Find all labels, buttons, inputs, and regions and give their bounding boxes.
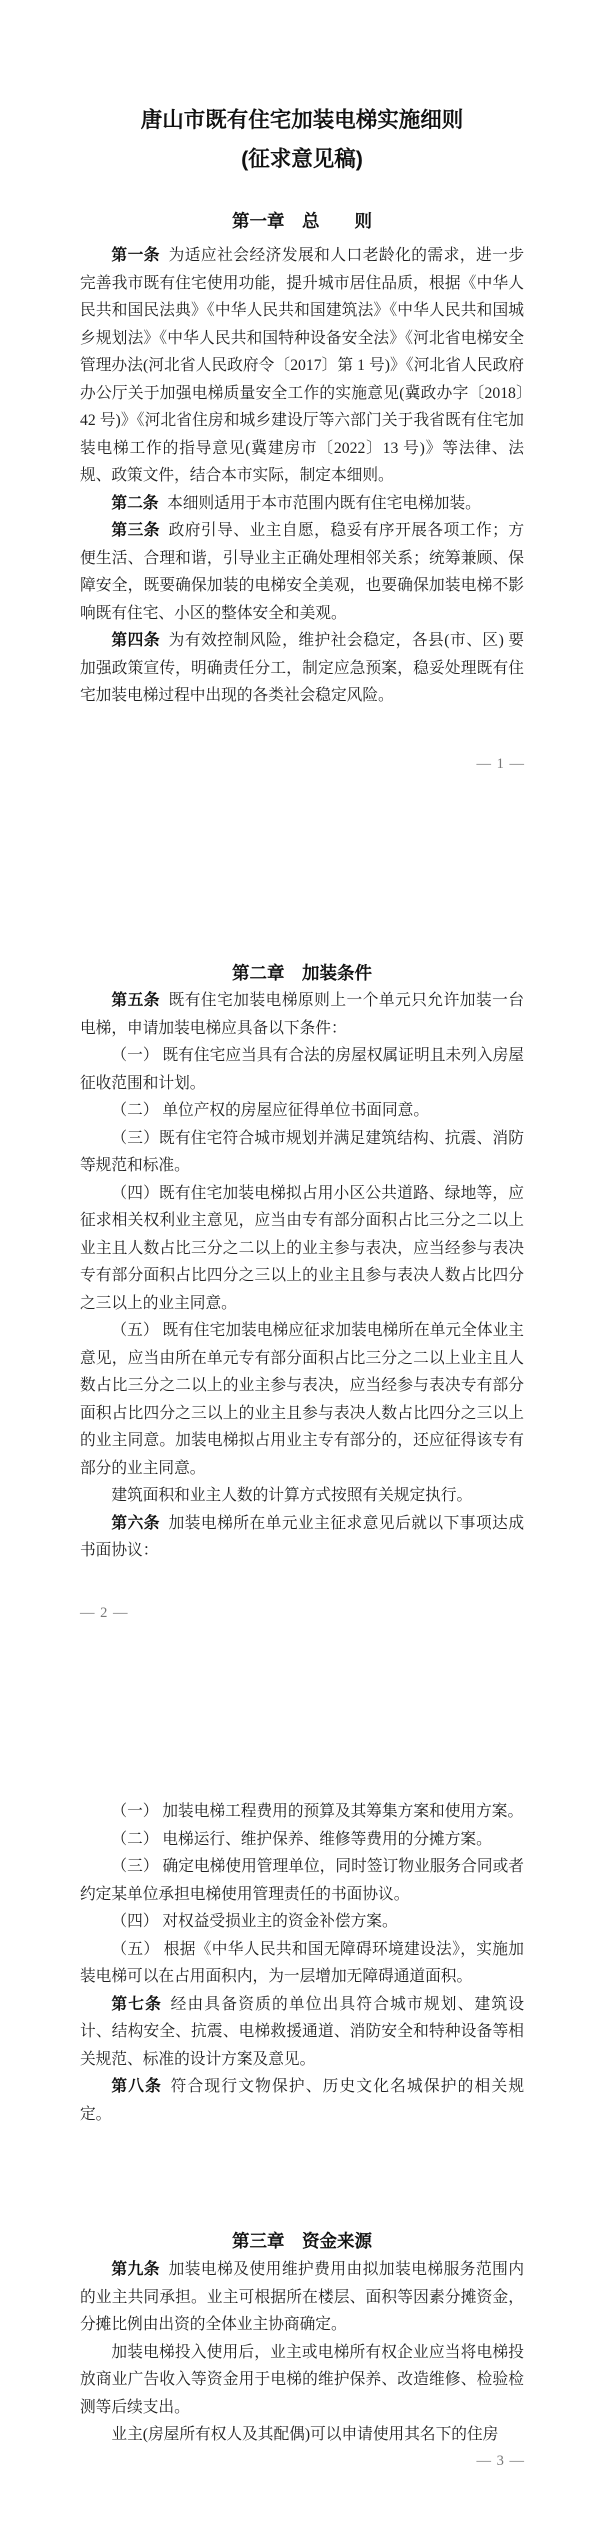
article-label: 第四条 <box>111 632 160 649</box>
paragraph-article-5: 第五条既有住宅加装电梯原则上一个单元只允许加装一台电梯，申请加装电梯应具备以下条… <box>80 987 524 1042</box>
paragraph-note: 建筑面积和业主人数的计算方式按照有关规定执行。 <box>80 1482 524 1510</box>
article-label: 第五条 <box>111 992 160 1009</box>
page-1: 唐山市既有住宅加装电梯实施细则 (征求意见稿) 第一章 总 则 第一条为适应社会… <box>0 0 600 849</box>
page-number-3: — 3 — <box>477 2453 526 2470</box>
chapter-heading-1: 第一章 总 则 <box>80 206 524 236</box>
page-2: 第二章 加装条件 第五条既有住宅加装电梯原则上一个单元只允许加装一台电梯，申请加… <box>0 849 600 1698</box>
article-label: 第六条 <box>111 1515 160 1532</box>
paragraph-article-7: 第七条经由具备资质的单位出具符合城市规划、建筑设计、结构安全、抗震、电梯救援通道… <box>80 1991 524 2074</box>
list-item-3: （三） 确定电梯使用管理单位，同时签订物业服务合同或者约定某单位承担电梯使用管理… <box>80 1853 524 1908</box>
list-item-5: （五） 既有住宅加装电梯应征求加装电梯所在单元全体业主 意见，应当由所在单元专有… <box>80 1317 524 1482</box>
paragraph-article-9: 第九条加装电梯及使用维护费用由拟加装电梯服务范围内的业主共同承担。业主可根据所在… <box>80 2256 524 2339</box>
article-label: 第九条 <box>111 2261 160 2278</box>
page-3: （一） 加装电梯工程费用的预算及其筹集方案和使用方案。 （二） 电梯运行、维护保… <box>0 1698 600 2546</box>
list-item-1: （一） 既有住宅应当具有合法的房屋权属证明且未列入房屋征收范围和计划。 <box>80 1042 524 1097</box>
document-canvas: 唐山市既有住宅加装电梯实施细则 (征求意见稿) 第一章 总 则 第一条为适应社会… <box>0 0 600 2546</box>
article-label: 第七条 <box>111 1996 162 2013</box>
list-item-1: （一） 加装电梯工程费用的预算及其筹集方案和使用方案。 <box>80 1798 524 1826</box>
paragraph-continuation-2: 业主(房屋所有权人及其配偶)可以申请使用其名下的住房 <box>80 2421 524 2449</box>
chapter-heading-3: 第三章 资金来源 <box>80 2226 524 2256</box>
paragraph-article-3: 第三条政府引导、业主自愿，稳妥有序开展各项工作；方便生活、合理和谐，引导业主正确… <box>80 517 524 627</box>
document-title: 唐山市既有住宅加装电梯实施细则 <box>80 102 524 138</box>
list-item-4: （四）既有住宅加装电梯拟占用小区公共道路、绿地等，应征求相关权利业主意见，应当由… <box>80 1180 524 1318</box>
list-item-4: （四） 对权益受损业主的资金补偿方案。 <box>80 1908 524 1936</box>
article-text: 本细则适用于本市范围内既有住宅电梯加装。 <box>167 495 481 512</box>
paragraph-article-2: 第二条本细则适用于本市范围内既有住宅电梯加装。 <box>80 490 524 518</box>
paragraph-article-8: 第八条符合现行文物保护、历史文化名城保护的相关规定。 <box>80 2073 524 2128</box>
list-item-2: （二） 电梯运行、维护保养、维修等费用的分摊方案。 <box>80 1826 524 1854</box>
paragraph-article-1: 第一条为适应社会经济发展和人口老龄化的需求，进一步完善我市既有住宅使用功能，提升… <box>80 242 524 490</box>
article-text: 为适应社会经济发展和人口老龄化的需求，进一步完善我市既有住宅使用功能，提升城市居… <box>80 247 524 484</box>
list-item-5: （五） 根据《中华人民共和国无障碍环境建设法》，实施加装电梯可以在占用面积内，为… <box>80 1936 524 1991</box>
list-item-2: （二） 单位产权的房屋应征得单位书面同意。 <box>80 1097 524 1125</box>
article-label: 第八条 <box>111 2078 162 2095</box>
article-label: 第三条 <box>111 522 160 539</box>
page-number-1: — 1 — <box>477 756 526 773</box>
paragraph-continuation-1: 加装电梯投入使用后，业主或电梯所有权企业应当将电梯投放商业广告收入等资金用于电梯… <box>80 2339 524 2422</box>
chapter-heading-2: 第二章 加装条件 <box>80 959 524 987</box>
article-label: 第一条 <box>111 247 160 264</box>
list-item-3: （三）既有住宅符合城市规划并满足建筑结构、抗震、消防等规范和标准。 <box>80 1125 524 1180</box>
document-subtitle: (征求意见稿) <box>80 138 524 180</box>
article-label: 第二条 <box>111 495 158 512</box>
paragraph-article-6: 第六条加装电梯所在单元业主征求意见后就以下事项达成书面协议： <box>80 1510 524 1565</box>
paragraph-article-4: 第四条为有效控制风险，维护社会稳定，各县(市、区) 要加强政策宣传，明确责任分工… <box>80 627 524 710</box>
page-number-2: — 2 — <box>80 1605 129 1622</box>
